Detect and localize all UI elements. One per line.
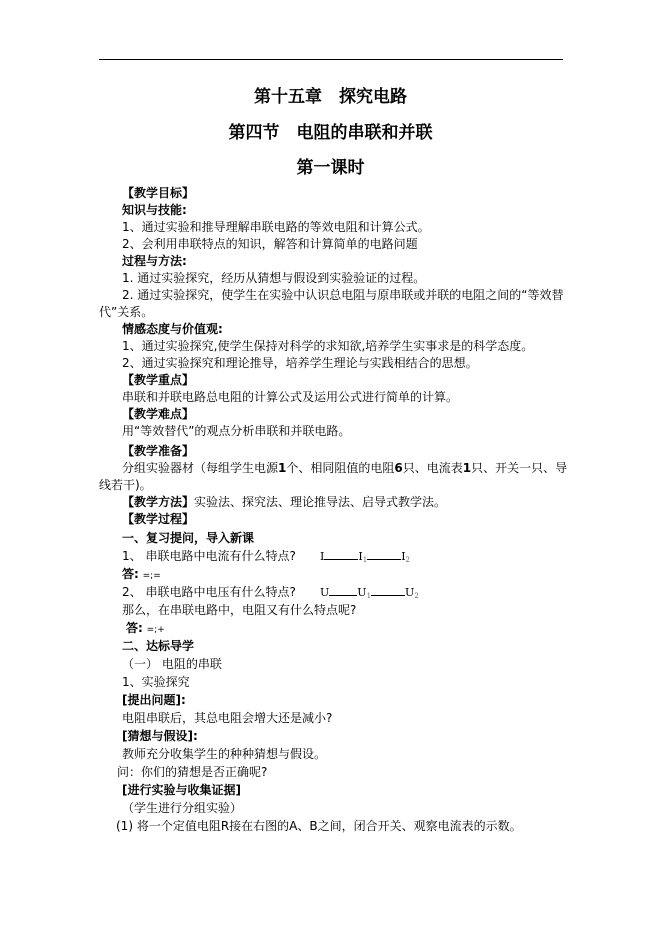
formula-current: II1I2: [320, 548, 410, 569]
answer-label: 答:: [126, 621, 143, 635]
answer-1: 答: =;=: [122, 566, 161, 585]
attitude-item-1: 1、通过实验探究,使学生保持对科学的求知欲,培养学生实事求是的科学态度。: [122, 338, 533, 355]
part1-heading: 一、复习提问，导入新课: [122, 530, 254, 547]
preparation-line-2: 线若干)。: [99, 477, 152, 494]
question-3: 那么，在串联电路中，电阻又有什么特点呢?: [122, 602, 356, 619]
experiment-heading: [进行实验与收集证据]: [122, 782, 241, 799]
prep-text-c: 只、电流表: [403, 461, 463, 475]
difficulty-heading: 【教学难点】: [122, 406, 194, 423]
subsection-series: （一） 电阻的串联: [122, 656, 222, 673]
formula-u2: U: [405, 586, 414, 599]
prep-count-resistor: 6: [394, 461, 402, 475]
preparation-heading: 【教学准备】: [122, 443, 194, 460]
prep-text-d: 只、开关一只、导: [471, 461, 567, 475]
experiment-step-1: (1) 将一个定值电阻R接在右图的A、B之间，闭合开关、观察电流表的示数。: [116, 818, 522, 835]
methods-line: 【教学方法】实验法、探究法、理论推导法、启导式教学法。: [122, 494, 446, 511]
process-section-heading: 【教学过程】: [122, 511, 194, 528]
knowledge-item-1: 1、通过实验和推导理解串联电路的等效电阻和计算公式。: [122, 219, 430, 236]
attitude-heading: 情感态度与价值观:: [122, 321, 223, 338]
knowledge-item-2: 2、会利用串联特点的知识，解答和计算简单的电路问题: [122, 236, 418, 253]
attitude-item-2: 2、通过实验探究和理论推导，培养学生理论与实践相结合的思想。: [122, 355, 478, 372]
blank-1: [324, 548, 358, 560]
ask-heading: [提出问题]:: [122, 692, 186, 709]
part2-heading: 二、达标导学: [122, 638, 194, 655]
process-item-2: 2. 通过实验探究，使学生在实验中认识总电阻与原串联或并联的电阻之间的“等效替: [122, 287, 563, 304]
prep-count-ammeter: 1: [463, 461, 471, 475]
process-item-2-cont: 代”关系。: [99, 304, 153, 321]
formula-u1: U: [357, 586, 366, 599]
answer-3: 答: =;+: [126, 620, 165, 639]
chapter-title: 第十五章 探究电路: [0, 87, 661, 107]
answer-label: 答:: [122, 567, 139, 581]
guess-text: 教师充分收集学生的种种猜想与假设。: [122, 746, 326, 763]
section-title: 第四节 电阻的串联和并联: [0, 123, 661, 143]
step-experiment: 1、实验探究: [122, 674, 190, 691]
key-point-heading: 【教学重点】: [122, 372, 194, 389]
question-1: 1、 串联电路中电流有什么特点?: [122, 548, 296, 565]
process-heading: 过程与方法:: [122, 253, 187, 270]
ask-text: 电阻串联后，其总电阻会增大还是减小?: [122, 710, 332, 727]
methods-heading: 【教学方法】: [122, 495, 194, 509]
lesson-title: 第一课时: [0, 158, 661, 178]
preparation-line-1: 分组实验器材（每组学生电源1个、相同阻值的电阻6只、电流表1只、开关一只、导: [122, 460, 567, 477]
formula-u: U: [320, 586, 329, 599]
guess-heading: [猜想与假设]:: [122, 728, 198, 745]
experiment-note: （学生进行分组实验）: [122, 800, 242, 817]
blank-4: [371, 584, 405, 596]
knowledge-heading: 知识与技能:: [122, 202, 187, 219]
prep-text-a: 分组实验器材（每组学生电源: [122, 461, 278, 475]
answer-text: =;+: [147, 625, 165, 635]
key-point-text: 串联和并联电路总电阻的计算公式及运用公式进行简单的计算。: [122, 389, 458, 406]
blank-2: [367, 548, 401, 560]
question-correct: 问：你们的猜想是否正确呢?: [117, 764, 267, 781]
answer-text: =;=: [143, 571, 161, 581]
goals-heading: 【教学目标】: [122, 185, 194, 202]
difficulty-text: 用“等效替代”的观点分析串联和并联电路。: [122, 423, 350, 440]
methods-text: 实验法、探究法、理论推导法、启导式教学法。: [194, 495, 446, 509]
header-rule: [99, 59, 563, 60]
blank-3: [329, 584, 357, 596]
process-item-1: 1. 通过实验探究，经历从猜想与假设到实验验证的过程。: [122, 270, 425, 287]
prep-text-b: 个、相同阻值的电阻: [286, 461, 394, 475]
question-2: 2、 串联电路中电压有什么特点?: [122, 584, 296, 601]
